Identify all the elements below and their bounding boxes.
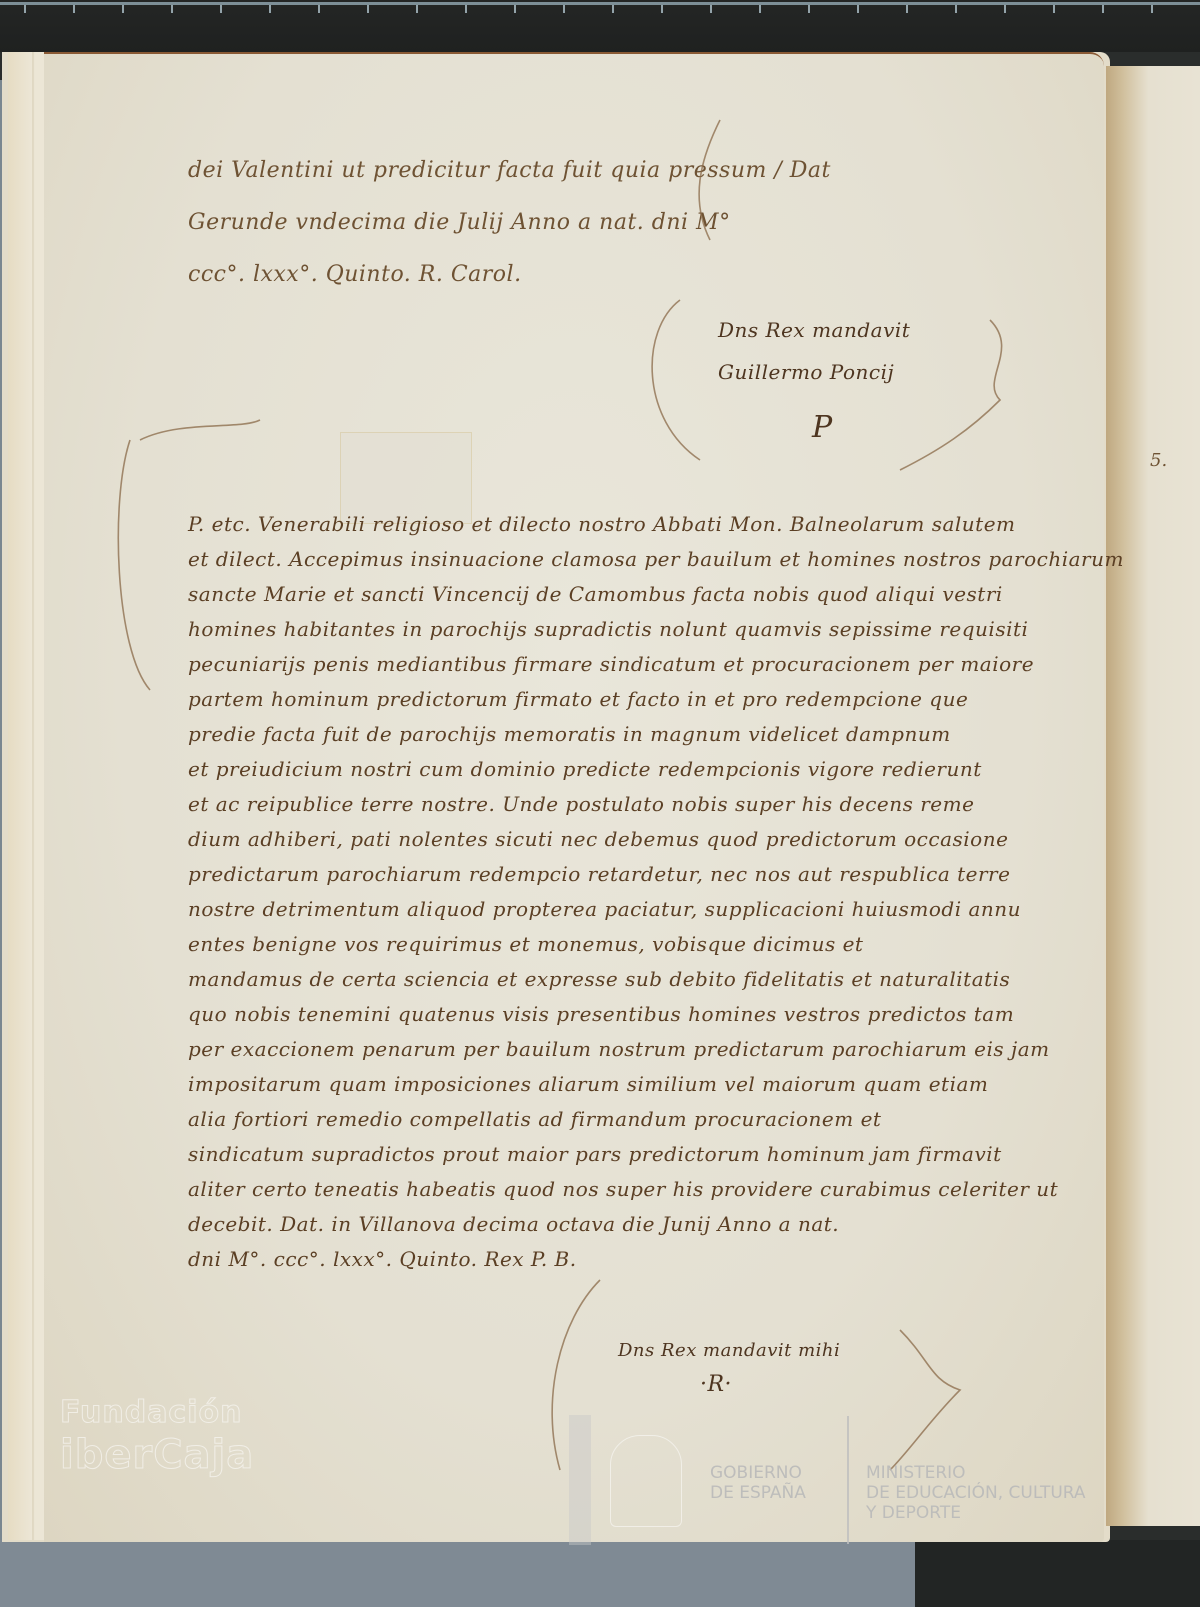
body-line: dium adhiberi, pati nolentes sicuti nec … [188, 827, 1008, 851]
body-line: sancte Marie et sancti Vincencij de Camo… [188, 582, 1003, 606]
ibercaja-watermark-line-1: Fundación [60, 1395, 242, 1430]
header-line-2: Gerunde vndecima die Julij Anno a nat. d… [188, 210, 731, 235]
support-board [0, 1540, 915, 1607]
body-line: mandamus de certa sciencia et expresse s… [188, 967, 1010, 991]
body-line: sindicatum supradictos prout maior pars … [188, 1142, 1002, 1166]
body-line: homines habitantes in parochijs supradic… [188, 617, 1028, 641]
body-line: pecuniarijs penis mediantibus firmare si… [188, 652, 1034, 676]
footer-signature: Dns Rex mandavit mihi [618, 1340, 840, 1361]
body-line: quo nobis tenemini quatenus visis presen… [188, 1002, 1014, 1026]
header-signature-line-1: Dns Rex mandavit [718, 318, 910, 342]
gobierno-line-2: DE ESPAÑA [710, 1483, 806, 1503]
body-line: aliter certo teneatis habeatis quod nos … [188, 1177, 1058, 1201]
body-line: impositarum quam imposiciones aliarum si… [188, 1072, 988, 1096]
ministerio-line-1: MINISTERIO [866, 1463, 1086, 1483]
binding-shadow [915, 1540, 1200, 1607]
body-line: entes benigne vos requirimus et monemus,… [188, 932, 863, 956]
header-line-1: dei Valentini ut predicitur facta fuit q… [188, 158, 831, 183]
ministerio-line-3: Y DEPORTE [866, 1503, 1086, 1523]
body-line: dni M°. ccc°. lxxx°. Quinto. Rex P. B. [188, 1247, 577, 1271]
gobierno-watermark: GOBIERNO DE ESPAÑA [710, 1463, 806, 1503]
ministerio-watermark: MINISTERIO DE EDUCACIÓN, CULTURA Y DEPOR… [866, 1463, 1086, 1523]
scanner-top-band [0, 0, 1200, 52]
body-line: per exaccionem penarum per bauilum nostr… [188, 1037, 1050, 1061]
body-line: partem hominum predictorum firmato et fa… [188, 687, 968, 711]
body-line: et preiudicium nostri cum dominio predic… [188, 757, 982, 781]
body-line: et ac reipublice terre nostre. Unde post… [188, 792, 974, 816]
body-line: nostre detrimentum aliquod propterea pac… [188, 897, 1021, 921]
watermark-divider [847, 1416, 849, 1544]
body-line: P. etc. Venerabili religioso et dilecto … [188, 512, 1016, 536]
body-line: alia fortiori remedio compellatis ad fir… [188, 1107, 881, 1131]
ministerio-line-2: DE EDUCACIÓN, CULTURA [866, 1483, 1086, 1503]
header-paraph: P [812, 410, 833, 445]
body-line: decebit. Dat. in Villanova decima octava… [188, 1212, 839, 1236]
gobierno-line-1: GOBIERNO [710, 1463, 806, 1483]
body-line: predictarum parochiarum redempcio retard… [188, 862, 1010, 886]
header-signature-line-2: Guillermo Poncij [718, 360, 894, 384]
paper-repair-patch [340, 432, 472, 524]
spain-coat-of-arms-icon [610, 1435, 682, 1527]
spain-flag-stripe-icon [569, 1415, 591, 1545]
page-gutter-edge [8, 52, 48, 1540]
adjacent-page [1106, 66, 1200, 1526]
header-line-3: ccc°. lxxx°. Quinto. R. Carol. [188, 262, 522, 287]
measurement-ruler [0, 2, 1200, 13]
folio-number: 5. [1150, 450, 1167, 471]
body-line: et dilect. Accepimus insinuacione clamos… [188, 547, 1124, 571]
ibercaja-watermark-line-2: iberCaja [60, 1432, 254, 1478]
body-line: predie facta fuit de parochijs memoratis… [188, 722, 951, 746]
footer-paraph: ·R· [700, 1372, 732, 1397]
